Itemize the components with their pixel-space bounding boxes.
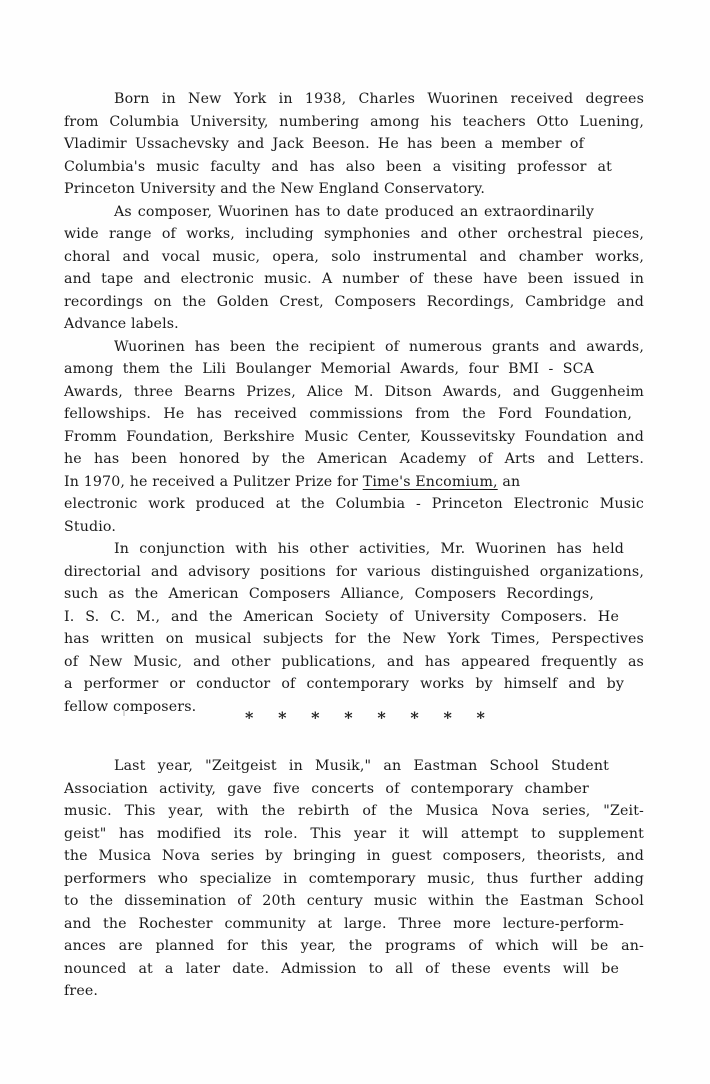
text-line: Vladimir Ussachevsky and Jack Beeson. He… xyxy=(64,133,584,156)
text-line: wide range of works, including symphonie… xyxy=(64,223,644,246)
text-line: ances are planned for this year, the pro… xyxy=(64,935,644,958)
text-fragment: an xyxy=(498,474,521,490)
text-line: and tape and electronic music. A number … xyxy=(64,268,644,291)
text-line: fellowships. He has received commissions… xyxy=(64,403,632,426)
work-title: Time's Encomium, xyxy=(363,474,498,490)
text-line: Fromm Foundation, Berkshire Music Center… xyxy=(64,426,644,449)
text-line: Advance labels. xyxy=(64,313,644,336)
text-line: performers who specialize in comtemporar… xyxy=(64,868,644,891)
text-line: Last year, "Zeitgeist in Musik," an East… xyxy=(64,755,609,778)
text-line: Wuorinen has been the recipient of numer… xyxy=(64,336,644,359)
text-line: such as the American Composers Alliance,… xyxy=(64,583,594,606)
text-line: a performer or conductor of contemporary… xyxy=(64,673,624,696)
text-line: the Musica Nova series by bringing in gu… xyxy=(64,845,644,868)
text-line: free. xyxy=(64,980,644,1003)
asterisk: * xyxy=(410,708,418,727)
text-line: As composer, Wuorinen has to date produc… xyxy=(64,201,594,224)
asterisk: * xyxy=(344,708,352,727)
text-line: has written on musical subjects for the … xyxy=(64,628,644,651)
text-line: Princeton University and the New England… xyxy=(64,178,644,201)
asterisk: * xyxy=(245,708,253,727)
zeitgeist-section: Last year, "Zeitgeist in Musik," an East… xyxy=(64,755,644,1003)
text-line: among them the Lili Boulanger Memorial A… xyxy=(64,358,594,381)
text-line: from Columbia University, numbering amon… xyxy=(64,111,644,134)
asterisk: * xyxy=(278,708,286,727)
text-line: recordings on the Golden Crest, Composer… xyxy=(64,291,644,314)
asterisk: * xyxy=(477,708,485,727)
text-line: nounced at a later date. Admission to al… xyxy=(64,958,619,981)
text-line: Association activity, gave five concerts… xyxy=(64,778,589,801)
text-line: geist" has modified its role. This year … xyxy=(64,823,644,846)
text-line: I. S. C. M., and the American Society of… xyxy=(64,606,619,629)
text-line: In conjunction with his other activities… xyxy=(64,538,624,561)
text-line: Born in New York in 1938, Charles Wuorin… xyxy=(64,88,644,111)
text-line: choral and vocal music, opera, solo inst… xyxy=(64,246,644,269)
document-page: Born in New York in 1938, Charles Wuorin… xyxy=(0,0,710,1084)
text-line: to the dissemination of 20th century mus… xyxy=(64,890,644,913)
text-line: and the Rochester community at large. Th… xyxy=(64,913,624,936)
text-line: Columbia's music faculty and has also be… xyxy=(64,156,612,179)
biography-section: Born in New York in 1938, Charles Wuorin… xyxy=(64,88,644,718)
asterisk: * xyxy=(443,708,451,727)
text-line: directorial and advisory positions for v… xyxy=(64,561,644,584)
text-line: music. This year, with the rebirth of th… xyxy=(64,800,644,823)
scan-speck xyxy=(123,710,125,716)
asterisk: * xyxy=(311,708,319,727)
asterisk: * xyxy=(377,708,385,727)
text-line: of New Music, and other publications, an… xyxy=(64,651,644,674)
text-line: Awards, three Bearns Prizes, Alice M. Di… xyxy=(64,381,644,404)
text-line: Studio. xyxy=(64,516,644,539)
text-line: electronic work produced at the Columbia… xyxy=(64,493,644,516)
text-fragment: In 1970, he received a Pulitzer Prize fo… xyxy=(64,474,363,490)
text-line-with-title: In 1970, he received a Pulitzer Prize fo… xyxy=(64,471,609,494)
text-line: he has been honored by the American Acad… xyxy=(64,448,644,471)
section-separator: * * * * * * * * xyxy=(245,708,485,727)
